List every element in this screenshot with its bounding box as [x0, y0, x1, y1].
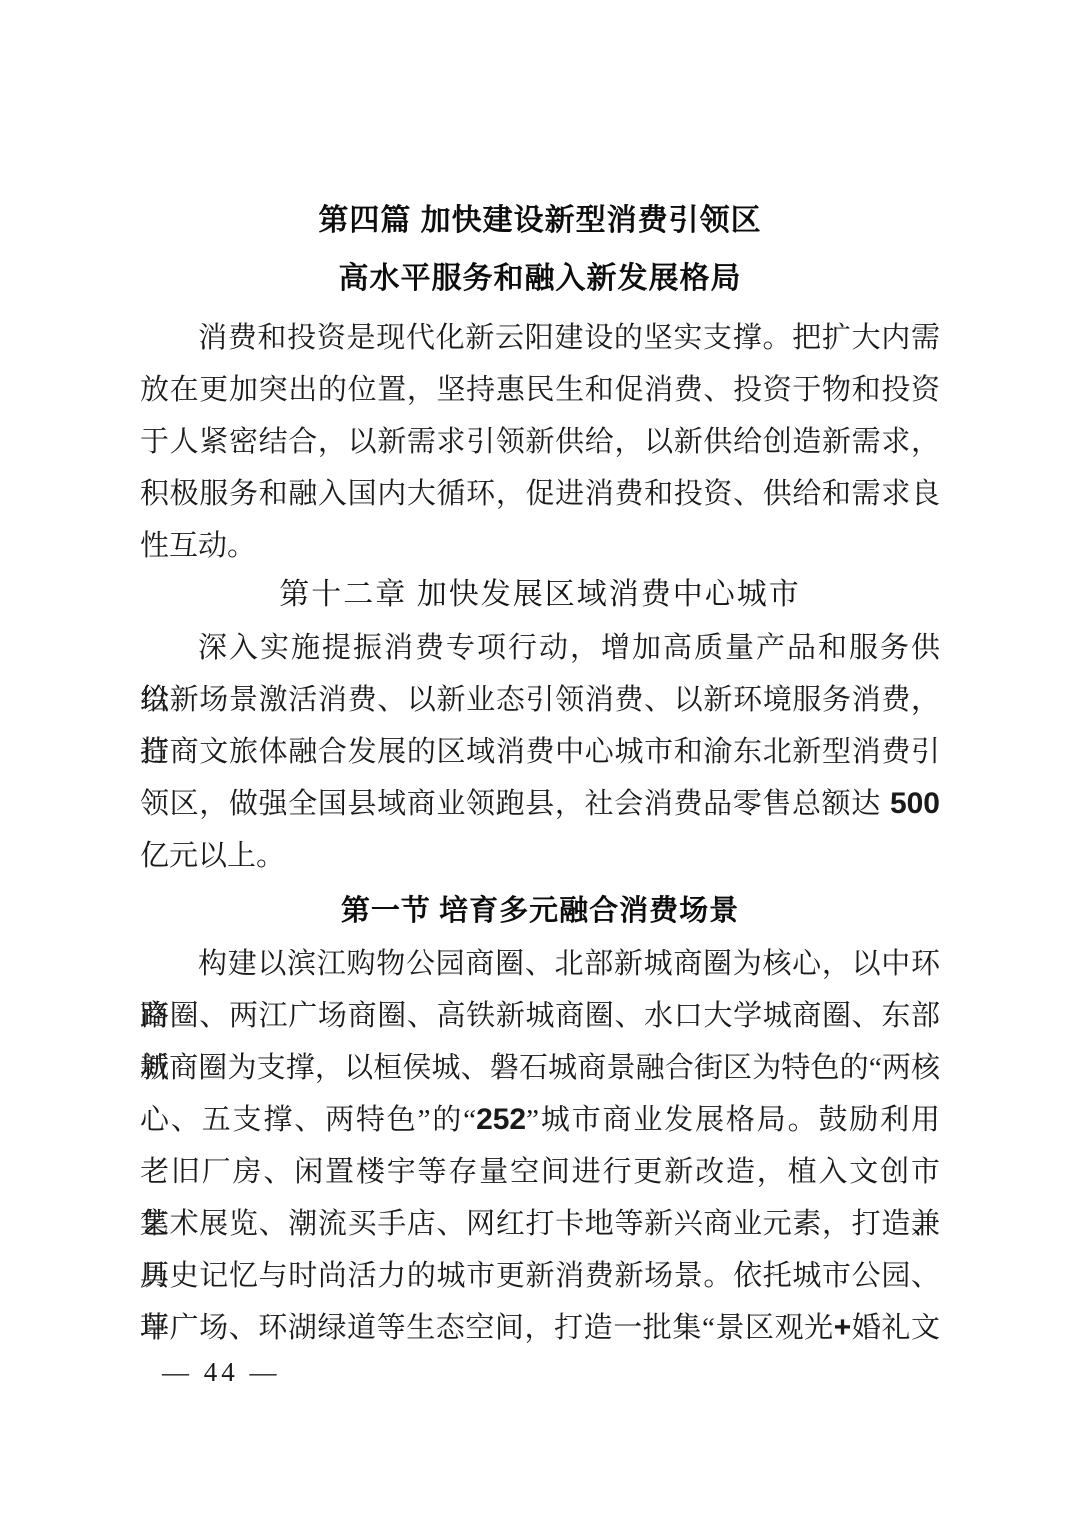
body-line: 深入实施提振消费专项行动，增加高质量产品和服务供给， — [140, 622, 940, 674]
body-text: ”城市商业发展格局。鼓励利用 — [526, 1104, 940, 1136]
body-line: 商圈、两江广场商圈、高铁新城商圈、水口大学城商圈、东部新 — [140, 990, 940, 1042]
highlight-number-252: 252 — [476, 1103, 526, 1136]
page-number-footer: — 44 — — [162, 1352, 281, 1392]
paragraph-chapter-12: 深入实施提振消费专项行动，增加高质量产品和服务供给， 以新场景激活消费、以新业态… — [140, 622, 940, 882]
body-line: 领区，做强全国县域商业领跑县，社会消费品零售总额达500 — [140, 778, 940, 830]
body-line: 心、五支撑、两特色”的“252”城市商业发展格局。鼓励利用 — [140, 1094, 940, 1146]
body-line: 积极服务和融入国内大循环，促进消费和投资、供给和需求良 — [140, 468, 940, 520]
body-line: 城商圈为支撑，以桓侯城、磐石城商景融合街区为特色的“两核 — [140, 1042, 940, 1094]
body-line: 历史记忆与时尚活力的城市更新消费新场景。依托城市公园、草 — [140, 1250, 940, 1302]
body-line: 于人紧密结合，以新需求引领新供给，以新供给创造新需求， — [140, 416, 940, 468]
body-text: 坪广场、环湖绿道等生态空间，打造一批集“景区观光 — [140, 1312, 834, 1344]
body-line: 构建以滨江购物公园商圈、北部新城商圈为核心，以中环路 — [140, 938, 940, 990]
plus-sign: + — [834, 1311, 852, 1344]
chapter-heading: 第十二章 加快发展区域消费中心城市 — [140, 570, 940, 620]
body-text: 心、五支撑、两特色”的“ — [140, 1104, 476, 1136]
body-line: 放在更加突出的位置，坚持惠民生和促消费、投资于物和投资 — [140, 364, 940, 416]
part-title-line-2: 高水平服务和融入新发展格局 — [140, 256, 940, 302]
body-line: 消费和投资是现代化新云阳建设的坚实支撑。把扩大内需 — [140, 312, 940, 364]
paragraph-intro: 消费和投资是现代化新云阳建设的坚实支撑。把扩大内需 放在更加突出的位置，坚持惠民… — [140, 312, 940, 572]
highlight-number-500: 500 — [890, 787, 940, 820]
body-line: 老旧厂房、闲置楼宇等存量空间进行更新改造，植入文创市集、 — [140, 1146, 940, 1198]
body-text: 婚礼文 — [851, 1312, 940, 1344]
document-page: 第四篇 加快建设新型消费引领区 高水平服务和融入新发展格局 消费和投资是现代化新… — [0, 0, 1074, 1520]
body-line: 性互动。 — [140, 520, 940, 572]
part-title-line-1: 第四篇 加快建设新型消费引领区 — [140, 198, 940, 244]
body-line: 亿元以上。 — [140, 830, 940, 882]
paragraph-section-1: 构建以滨江购物公园商圈、北部新城商圈为核心，以中环路 商圈、两江广场商圈、高铁新… — [140, 938, 940, 1354]
body-line: 以新场景激活消费、以新业态引领消费、以新环境服务消费，打 — [140, 674, 940, 726]
section-heading: 第一节 培育多元融合消费场景 — [140, 886, 940, 936]
body-line: 造商文旅体融合发展的区域消费中心城市和渝东北新型消费引 — [140, 726, 940, 778]
body-line: 坪广场、环湖绿道等生态空间，打造一批集“景区观光+婚礼文 — [140, 1302, 940, 1354]
body-text: 领区，做强全国县域商业领跑县，社会消费品零售总额达 — [140, 788, 881, 820]
body-line: 艺术展览、潮流买手店、网红打卡地等新兴商业元素，打造兼具 — [140, 1198, 940, 1250]
